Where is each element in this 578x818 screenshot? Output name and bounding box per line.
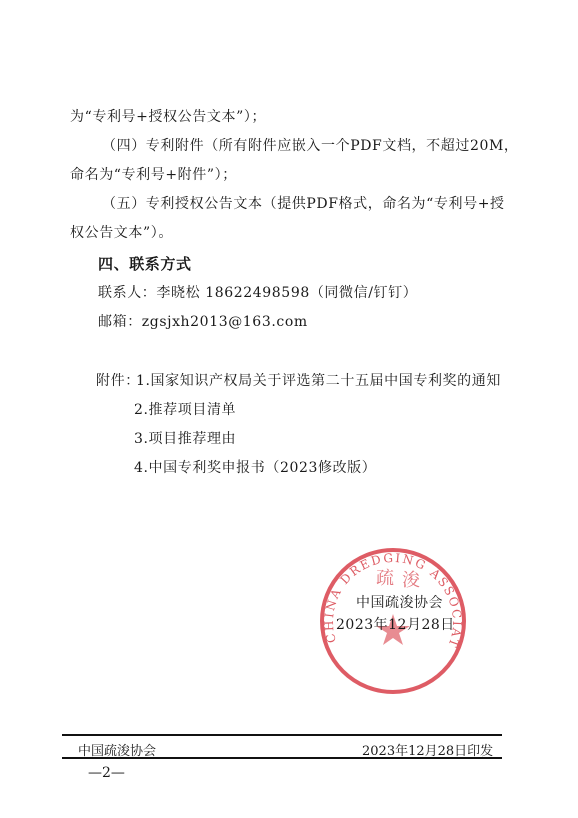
body-line-5: 权公告文本”）。 [70, 224, 173, 242]
attachment-item-1: 1.国家知识产权局关于评选第二十五届中国专利奖的通知 [136, 372, 501, 390]
attachments-label: 附件： [96, 372, 140, 390]
contact-email: 邮箱：zgsjxh2013@163.com [98, 313, 308, 331]
body-line-4: （五）专利授权公告文本（提供PDF格式，命名为“专利号+授 [102, 195, 505, 213]
footer-bottom-rule [62, 757, 502, 759]
svg-text:浚: 浚 [402, 570, 420, 591]
body-line-1: 为“专利号+授权公告文本”）； [70, 108, 266, 126]
contact-person: 联系人：李晓松 18622498598（同微信/钉钉） [98, 284, 417, 302]
signature-date: 2023年12月28日 [336, 614, 455, 634]
body-line-3: 命名为“专利号+附件”）； [70, 166, 237, 184]
attachment-item-3: 3.项目推荐理由 [134, 430, 236, 448]
page-number: —2— [88, 765, 125, 781]
attachment-item-4: 4.中国专利奖申报书（2023修改版） [134, 459, 376, 477]
body-line-2: （四）专利附件（所有附件应嵌入一个PDF文档，不超过20M， [102, 137, 519, 155]
section-heading-contact: 四、联系方式 [98, 255, 192, 273]
signature-org: 中国疏浚协会 [356, 592, 443, 612]
svg-text:疏: 疏 [376, 568, 394, 589]
footer-top-rule [62, 734, 502, 736]
attachment-item-2: 2.推荐项目清单 [134, 401, 236, 419]
